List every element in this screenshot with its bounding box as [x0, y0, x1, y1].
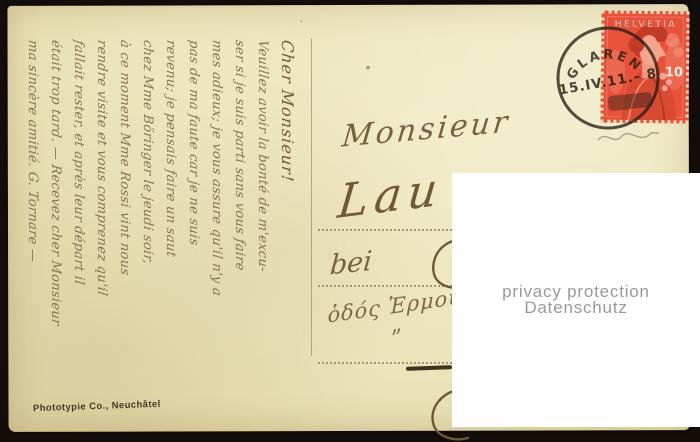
- postcard-center-divider: [311, 38, 312, 356]
- message-salutation: Cher Monsieur!: [274, 38, 300, 441]
- message-line: était trop tard. — Recevez cher Monsieur: [44, 39, 67, 442]
- stamp-value: 10: [665, 65, 683, 80]
- message-line: à ce moment Mme Rossi vint nous: [113, 39, 136, 442]
- message-line: Veuillez avoir la bonté de m'excu-: [251, 39, 274, 442]
- message-line: mes adieux; je vous assure qu'il n'y a: [205, 39, 228, 442]
- handwritten-message: Cher Monsieur! Veuillez avoir la bonté d…: [0, 40, 300, 440]
- privacy-overlay-line2: Datenschutz: [524, 300, 627, 316]
- privacy-overlay: privacy protection Datenschutz: [452, 173, 700, 427]
- message-line: revenu; je pensais faire un saut: [159, 39, 182, 442]
- address-dotted-line: [318, 229, 452, 231]
- message-line: chez Mme Böringer le jeudi soir,: [136, 39, 159, 442]
- message-line: ser si je suis parti sans vous faire: [228, 39, 251, 442]
- message-line: rendre visite et vous comprenez qu'il: [90, 39, 113, 442]
- address-bei: bei: [329, 246, 373, 282]
- message-line: pas de ma faute car je ne suis: [182, 39, 205, 442]
- paper-speck: [366, 66, 370, 69]
- address-dotted-line: [318, 362, 452, 364]
- message-signature: ma sincère amitié. G. Tornare —: [21, 39, 44, 442]
- postmark: GLAREN 15.IV.11.– 8: [552, 22, 664, 134]
- pencil-scribble: [596, 126, 660, 148]
- message-line: fallait rester, et après leur départ il: [67, 39, 90, 442]
- paper-speck: [300, 20, 303, 23]
- postcard-photo: Cher Monsieur! Veuillez avoir la bonté d…: [0, 0, 700, 442]
